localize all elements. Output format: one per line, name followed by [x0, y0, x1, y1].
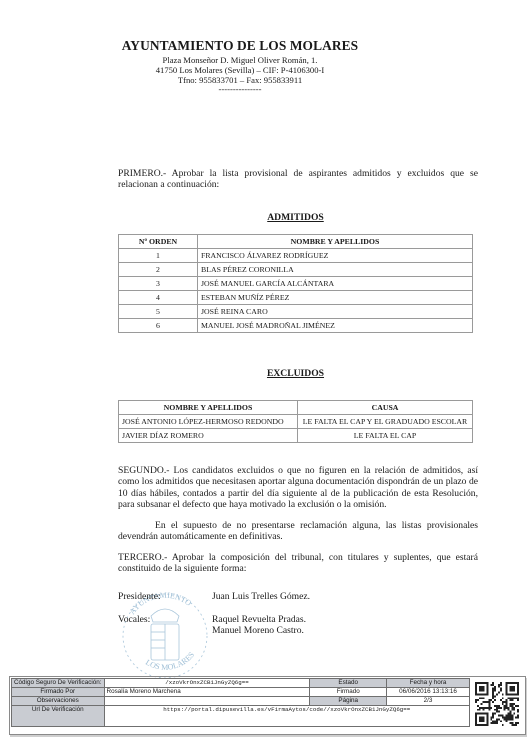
address-line: Plaza Monseñor D. Miguel Oliver Román, 1…: [0, 55, 474, 65]
nombre-cell: BLAS PÉREZ CORONILLA: [198, 263, 473, 277]
column-header-nombre: NOMBRE Y APELLIDOS: [198, 235, 473, 249]
city-cif-line: 41750 Los Molares (Sevilla) – CIF: P-410…: [0, 65, 474, 75]
estado-value: Firmado: [310, 688, 387, 697]
excluidos-table: NOMBRE Y APELLIDOS CAUSA JOSÉ ANTONIO LÓ…: [118, 400, 473, 443]
table-row: JOSÉ ANTONIO LÓPEZ-HERMOSO REDONDO LE FA…: [119, 415, 473, 429]
orden-cell: 5: [119, 305, 198, 319]
nombre-cell: MANUEL JOSÉ MADROÑAL JIMÉNEZ: [198, 319, 473, 333]
primero-paragraph: PRIMERO.- Aprobar la lista provisional d…: [118, 168, 478, 191]
csv-label: Código Seguro De Verificación:: [12, 679, 105, 688]
nombre-cell: ESTEBAN MUÑÍZ PÉREZ: [198, 291, 473, 305]
nombre-cell: FRANCISCO ÁLVAREZ RODRÍGUEZ: [198, 249, 473, 263]
table-row: 4 ESTEBAN MUÑÍZ PÉREZ: [119, 291, 473, 305]
table-row: 1 FRANCISCO ÁLVAREZ RODRÍGUEZ: [119, 249, 473, 263]
qr-code-icon[interactable]: [473, 680, 521, 728]
pagina-label: Página: [310, 697, 387, 706]
causa-cell: LE FALTA EL CAP: [298, 429, 473, 443]
municipality-title: AYUNTAMIENTO DE LOS MOLARES: [0, 38, 474, 54]
orden-cell: 2: [119, 263, 198, 277]
vocal-2-name: Manuel Moreno Castro.: [212, 625, 412, 636]
header-separator: ---------------: [0, 84, 474, 94]
orden-cell: 3: [119, 277, 198, 291]
presidente-name: Juan Luis Trelles Gómez.: [212, 591, 412, 602]
orden-cell: 1: [119, 249, 198, 263]
fecha-value: 06/06/2016 13:13:16: [387, 688, 470, 697]
table-row: 6 MANUEL JOSÉ MADROÑAL JIMÉNEZ: [119, 319, 473, 333]
column-header-nombre: NOMBRE Y APELLIDOS: [119, 401, 298, 415]
nombre-cell: JOSÉ MANUEL GARCÍA ALCÁNTARA: [198, 277, 473, 291]
csv-value: /xzoVkrOnxZCB1JnGyZQ6g==: [104, 679, 310, 688]
presidente-label: Presidente:: [118, 591, 178, 602]
table-row: JAVIER DÍAZ ROMERO LE FALTA EL CAP: [119, 429, 473, 443]
svg-text:LOS MOLARES: LOS MOLARES: [144, 650, 196, 672]
firmado-value: Rosalía Moreno Marchena: [104, 688, 310, 697]
admitidos-heading: ADMITIDOS: [118, 212, 473, 223]
table-row: 2 BLAS PÉREZ CORONILLA: [119, 263, 473, 277]
orden-cell: 6: [119, 319, 198, 333]
nombre-cell: JOSÉ REINA CARO: [198, 305, 473, 319]
observaciones-value: [104, 697, 310, 706]
table-row: 5 JOSÉ REINA CARO: [119, 305, 473, 319]
excluidos-header-row: NOMBRE Y APELLIDOS CAUSA: [119, 401, 473, 415]
url-value[interactable]: https://portal.dipusevilla.es/vFirmaAyto…: [104, 706, 469, 727]
table-row: 3 JOSÉ MANUEL GARCÍA ALCÁNTARA: [119, 277, 473, 291]
supuesto-paragraph: En el supuesto de no presentarse reclama…: [118, 520, 478, 543]
admitidos-header-row: Nº ORDEN NOMBRE Y APELLIDOS: [119, 235, 473, 249]
url-label: Url De Verificación: [12, 706, 105, 727]
orden-cell: 4: [119, 291, 198, 305]
observaciones-label: Observaciones: [12, 697, 105, 706]
nombre-cell: JAVIER DÍAZ ROMERO: [119, 429, 298, 443]
fecha-label: Fecha y hora: [387, 679, 470, 688]
estado-label: Estado: [310, 679, 387, 688]
segundo-paragraph: SEGUNDO.- Los candidatos excluidos o que…: [118, 465, 478, 511]
column-header-causa: CAUSA: [298, 401, 473, 415]
vocales-label: Vocales:: [118, 614, 178, 625]
vocal-1-name: Raquel Revuelta Pradas.: [212, 614, 412, 625]
causa-cell: LE FALTA EL CAP Y EL GRADUADO ESCOLAR: [298, 415, 473, 429]
tercero-paragraph: TERCERO.- Aprobar la composición del tri…: [118, 552, 478, 575]
column-header-orden: Nº ORDEN: [119, 235, 198, 249]
admitidos-table: Nº ORDEN NOMBRE Y APELLIDOS 1 FRANCISCO …: [118, 234, 473, 333]
verification-table: Código Seguro De Verificación: /xzoVkrOn…: [11, 678, 470, 727]
pagina-value: 2/3: [387, 697, 470, 706]
nombre-cell: JOSÉ ANTONIO LÓPEZ-HERMOSO REDONDO: [119, 415, 298, 429]
excluidos-heading: EXCLUIDOS: [118, 368, 473, 379]
firmado-label: Firmado Por: [12, 688, 105, 697]
